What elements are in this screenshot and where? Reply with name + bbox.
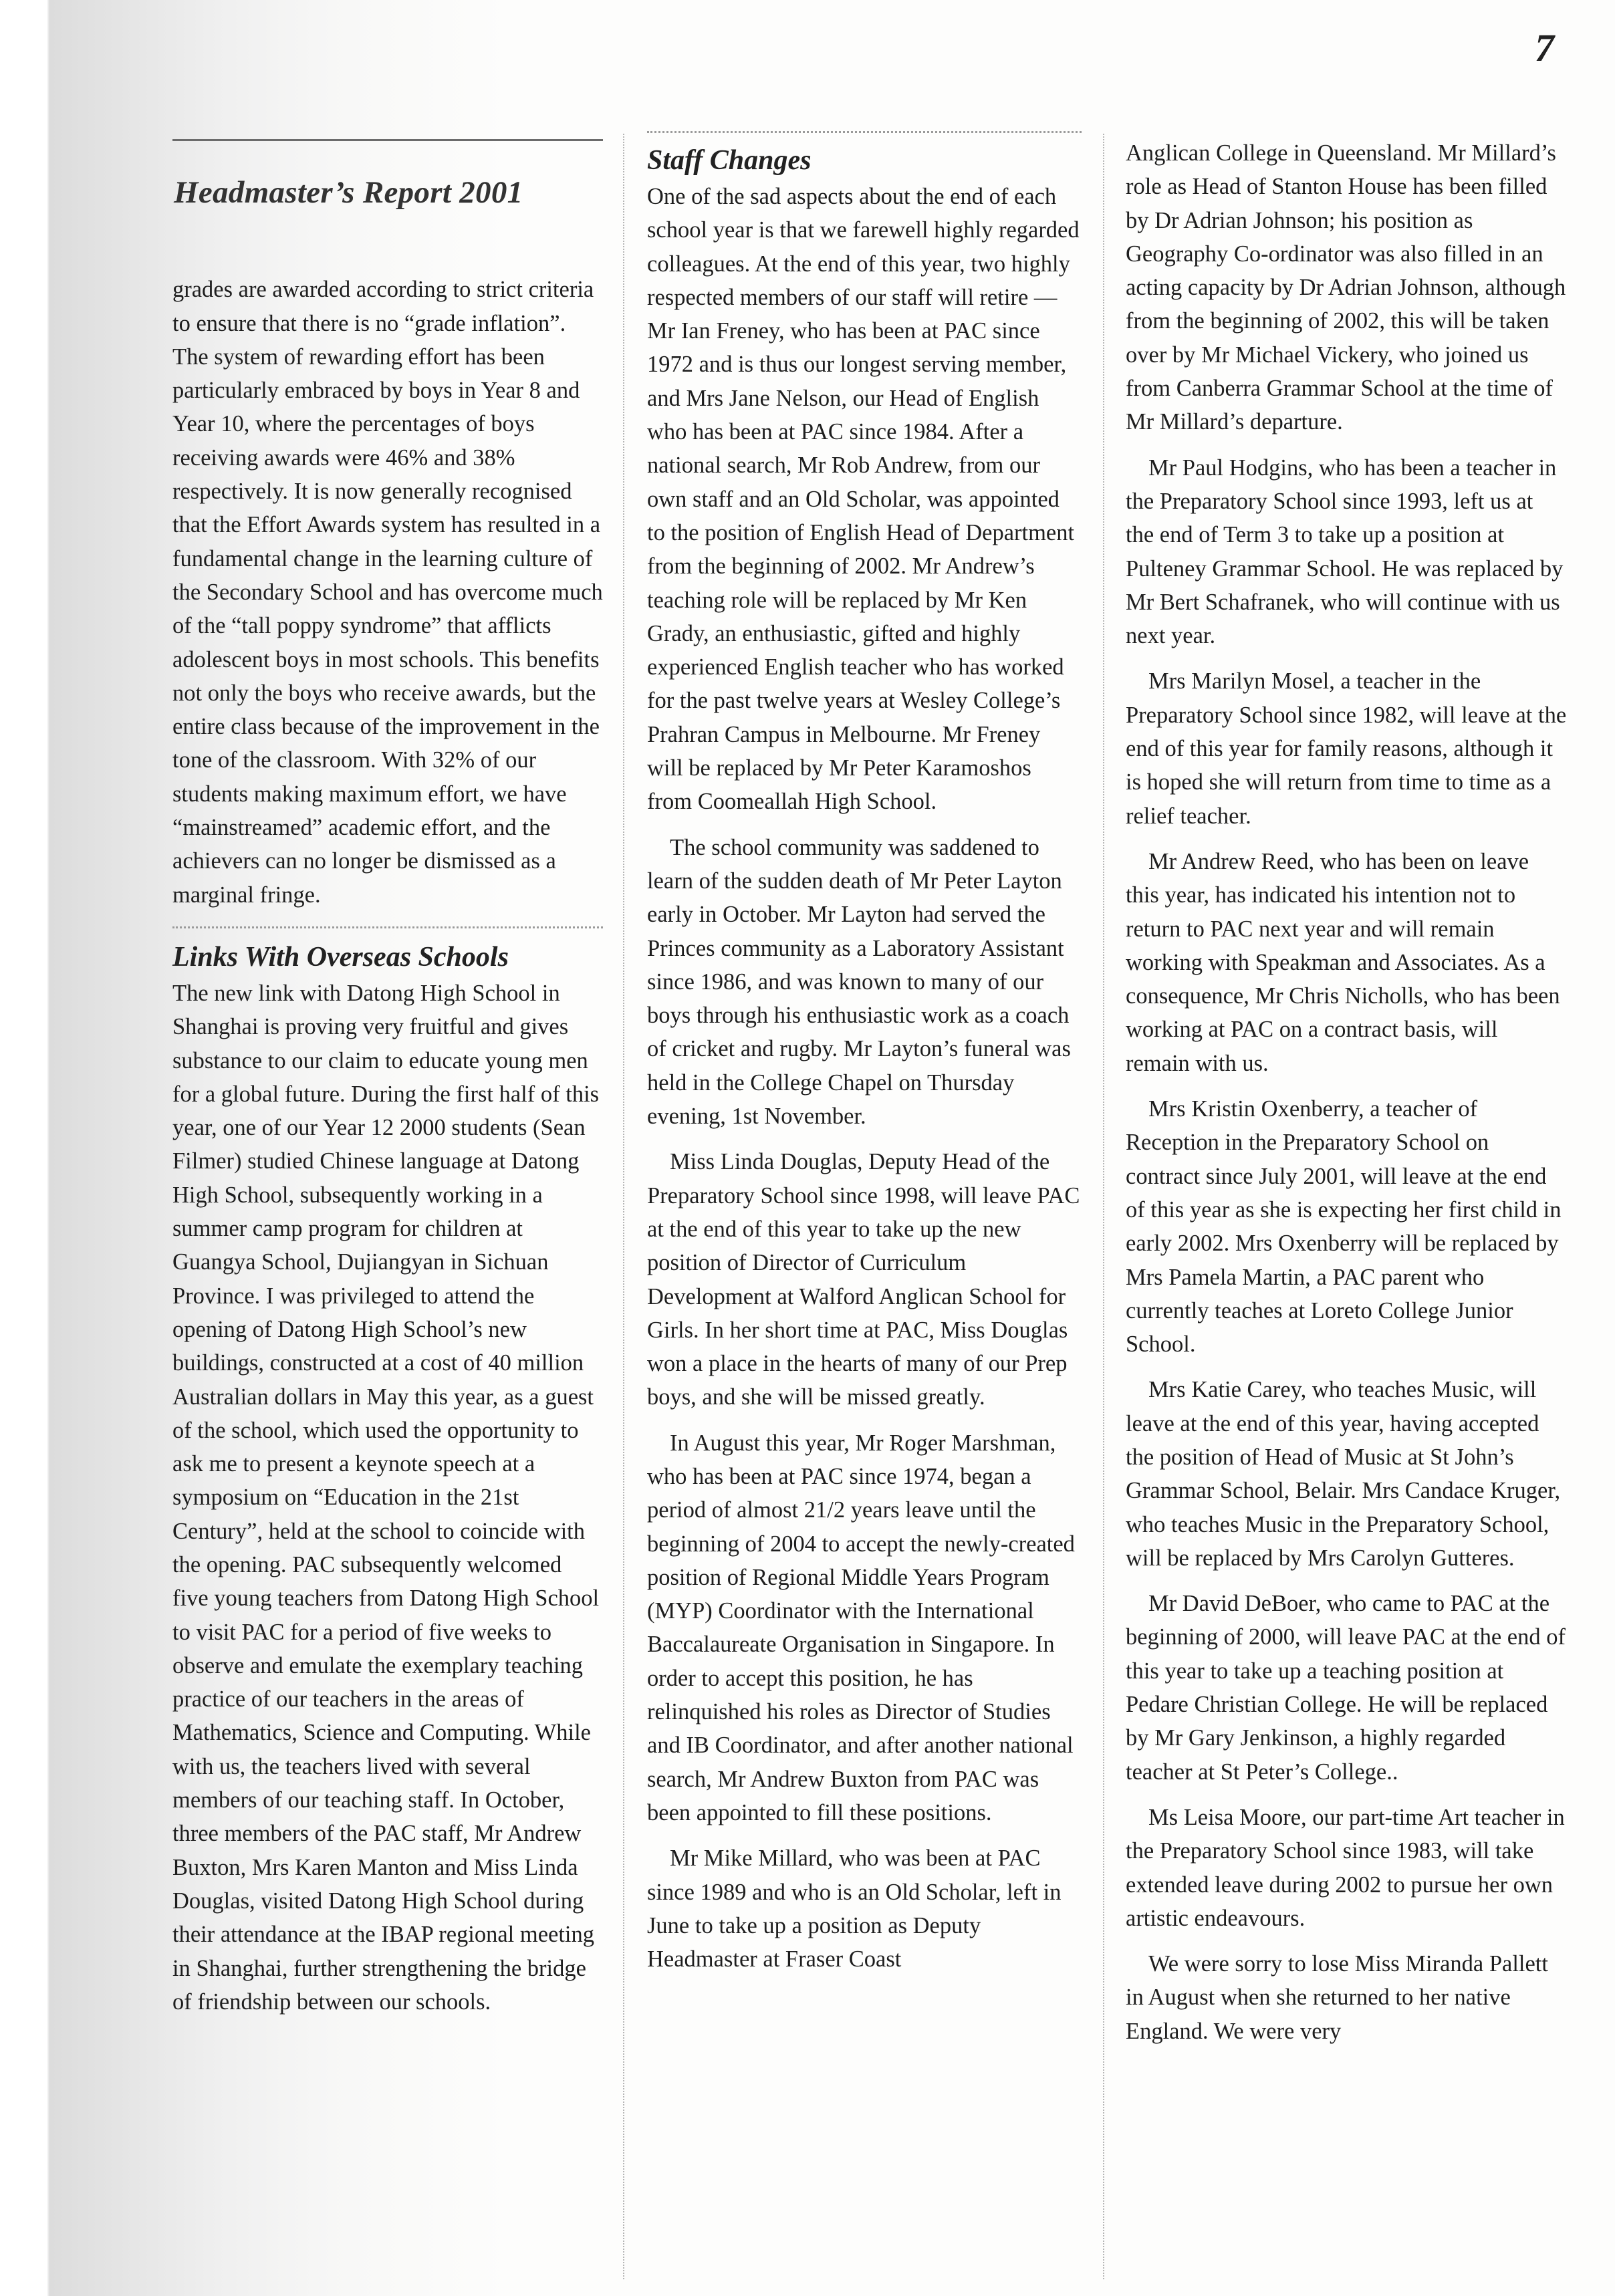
staff-paragraph: Mr Andrew Reed, who has been on leave th… [1126, 845, 1567, 1080]
column-separator [1103, 134, 1104, 2279]
staff-paragraph: Mrs Marilyn Mosel, a teacher in the Prep… [1126, 664, 1567, 832]
section-divider [172, 926, 603, 928]
report-title: Headmaster’s Report 2001 [174, 176, 603, 209]
middle-column: Staff Changes One of the sad aspects abo… [647, 131, 1082, 1976]
links-overseas-paragraph: The new link with Datong High School in … [172, 977, 603, 2019]
right-column: Anglican College in Queensland. Mr Milla… [1126, 136, 1567, 2048]
section-divider [647, 131, 1082, 133]
left-column: Headmaster’s Report 2001 grades are awar… [172, 131, 603, 2019]
staff-paragraph: We were sorry to lose Miss Miranda Palle… [1126, 1947, 1567, 2048]
staff-paragraph: Mr David DeBoer, who came to PAC at the … [1126, 1587, 1567, 1789]
page-number: 7 [1535, 25, 1554, 70]
staff-paragraph: Mrs Kristin Oxenberry, a teacher of Rece… [1126, 1092, 1567, 1361]
effort-awards-paragraph: grades are awarded according to strict c… [172, 273, 603, 912]
staff-changes-heading: Staff Changes [647, 141, 1082, 180]
column-separator [623, 134, 624, 2279]
staff-paragraph: The school community was saddened to lea… [647, 831, 1082, 1134]
staff-paragraph: Mr Paul Hodgins, who has been a teacher … [1126, 451, 1567, 653]
staff-paragraph: In August this year, Mr Roger Marshman, … [647, 1426, 1082, 1830]
staff-paragraph: Mr Mike Millard, who was been at PAC sin… [647, 1841, 1082, 1976]
staff-paragraph: One of the sad aspects about the end of … [647, 180, 1082, 819]
staff-paragraph: Mrs Katie Carey, who teaches Music, will… [1126, 1373, 1567, 1575]
links-overseas-heading: Links With Overseas Schools [172, 938, 603, 977]
staff-paragraph: Miss Linda Douglas, Deputy Head of the P… [647, 1145, 1082, 1414]
title-rule [172, 139, 603, 141]
staff-paragraph: Anglican College in Queensland. Mr Milla… [1126, 136, 1567, 439]
staff-paragraph: Ms Leisa Moore, our part-time Art teache… [1126, 1801, 1567, 1935]
